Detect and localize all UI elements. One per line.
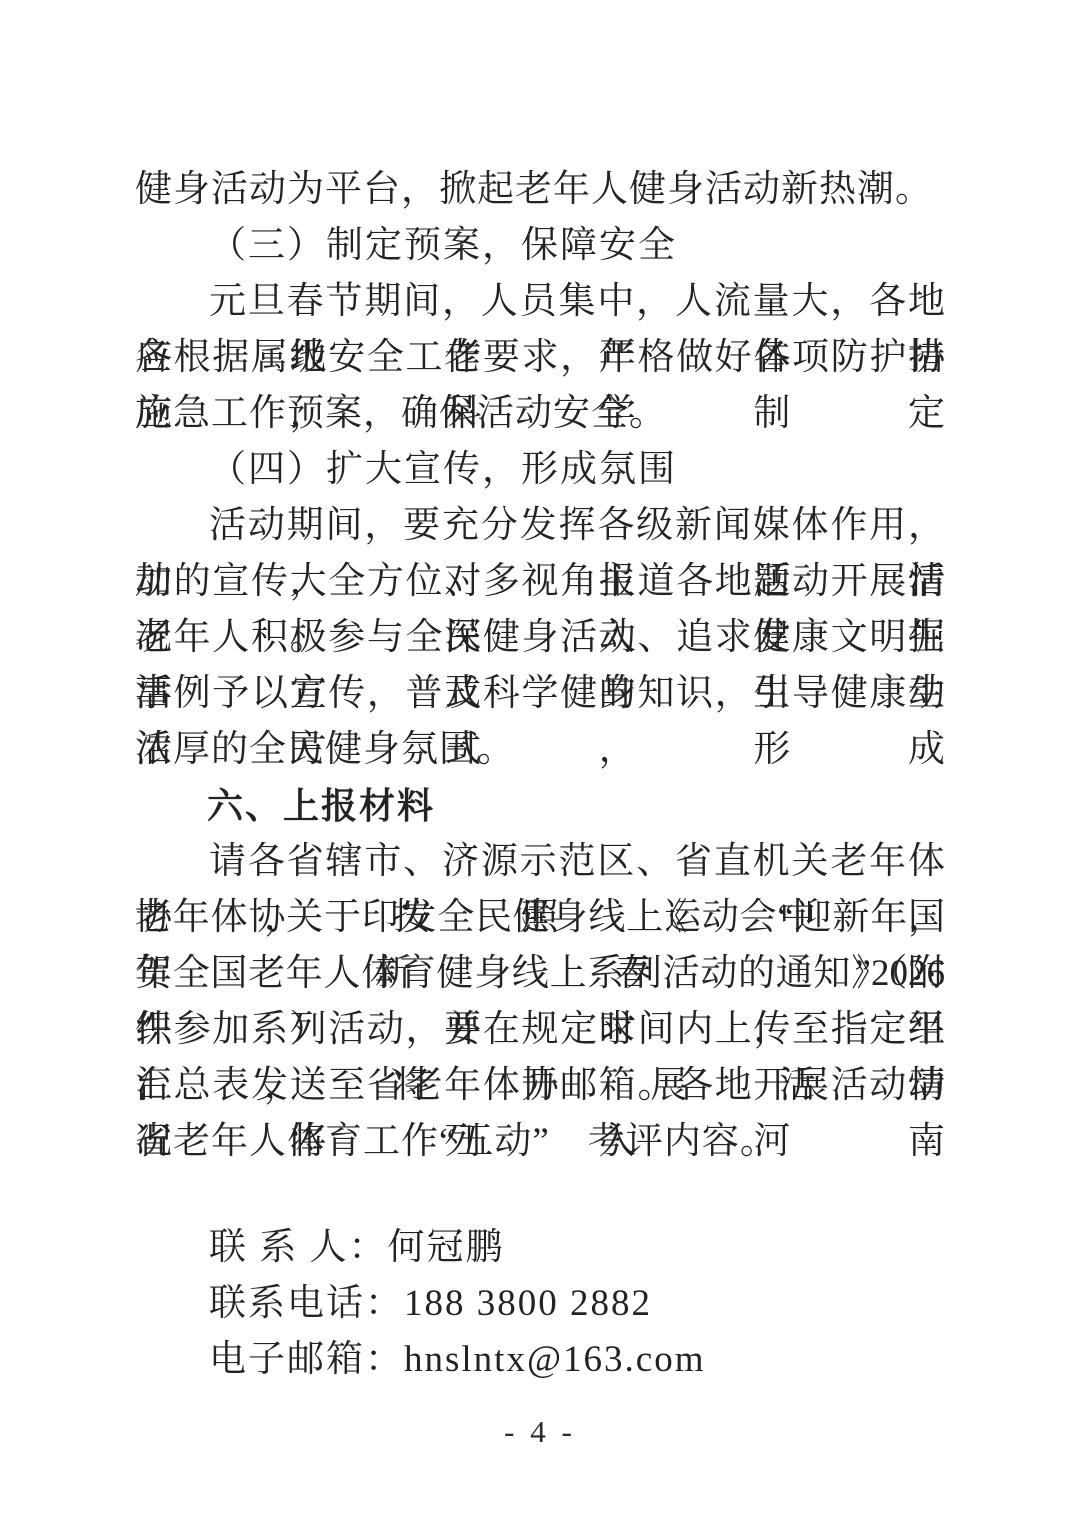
body-line: 汇总表发送至省老年体协邮箱。各地开展活动情况将列入河南	[135, 1058, 945, 1114]
page-number: - 4 -	[0, 1412, 1080, 1452]
body-line: 活动期间，要充分发挥各级新闻媒体作用，加大对主题活	[135, 498, 945, 554]
body-line: 织参加系列活动，并在规定时间内上传至指定平台，将开展活动	[135, 1002, 945, 1058]
body-line: 事例予以宣传，普及科学健身知识，引导健康生活方式，形成	[135, 666, 945, 722]
subsection-heading-3: （三）制定预案，保障安全	[135, 218, 945, 274]
contact-email-line: 电子邮箱：hnslntx@163.com	[135, 1332, 945, 1388]
document-body: 健身活动为平台，掀起老年人健身活动新热潮。 （三）制定预案，保障安全 元旦春节期…	[135, 162, 945, 1388]
contact-person-line: 联 系 人：何冠鹏	[135, 1220, 945, 1276]
body-line: 老年人积极参与全民健身活动、追求健康文明生活方式的生动	[135, 610, 945, 666]
document-page: 健身活动为平台，掀起老年人健身活动新热潮。 （三）制定预案，保障安全 元旦春节期…	[0, 0, 1080, 1527]
body-line: 元旦春节期间，人员集中，人流量大，各地各级老年体协	[135, 274, 945, 330]
body-line: 动的宣传，全方位、多视角报道各地活动开展情况。深入发掘	[135, 554, 945, 610]
body-line: 老年体协关于印发全民健身线上运动会“迎新年，贺新春”2026	[135, 890, 945, 946]
body-line: 年全国老年人体育健身线上系列活动的通知》（附件）要求，组	[135, 946, 945, 1002]
contact-phone-line: 联系电话：188 3800 2882	[135, 1276, 945, 1332]
body-line: 请各省辖市、济源示范区、省直机关老年体协，按照《中国	[135, 834, 945, 890]
body-line: 应根据属地安全工作要求，严格做好各项防护措施，科学制定	[135, 330, 945, 386]
section-heading-6: 六、上报材料	[135, 778, 945, 834]
body-line: 健身活动为平台，掀起老年人健身活动新热潮。	[135, 162, 945, 218]
subsection-heading-4: （四）扩大宣传，形成氛围	[135, 442, 945, 498]
